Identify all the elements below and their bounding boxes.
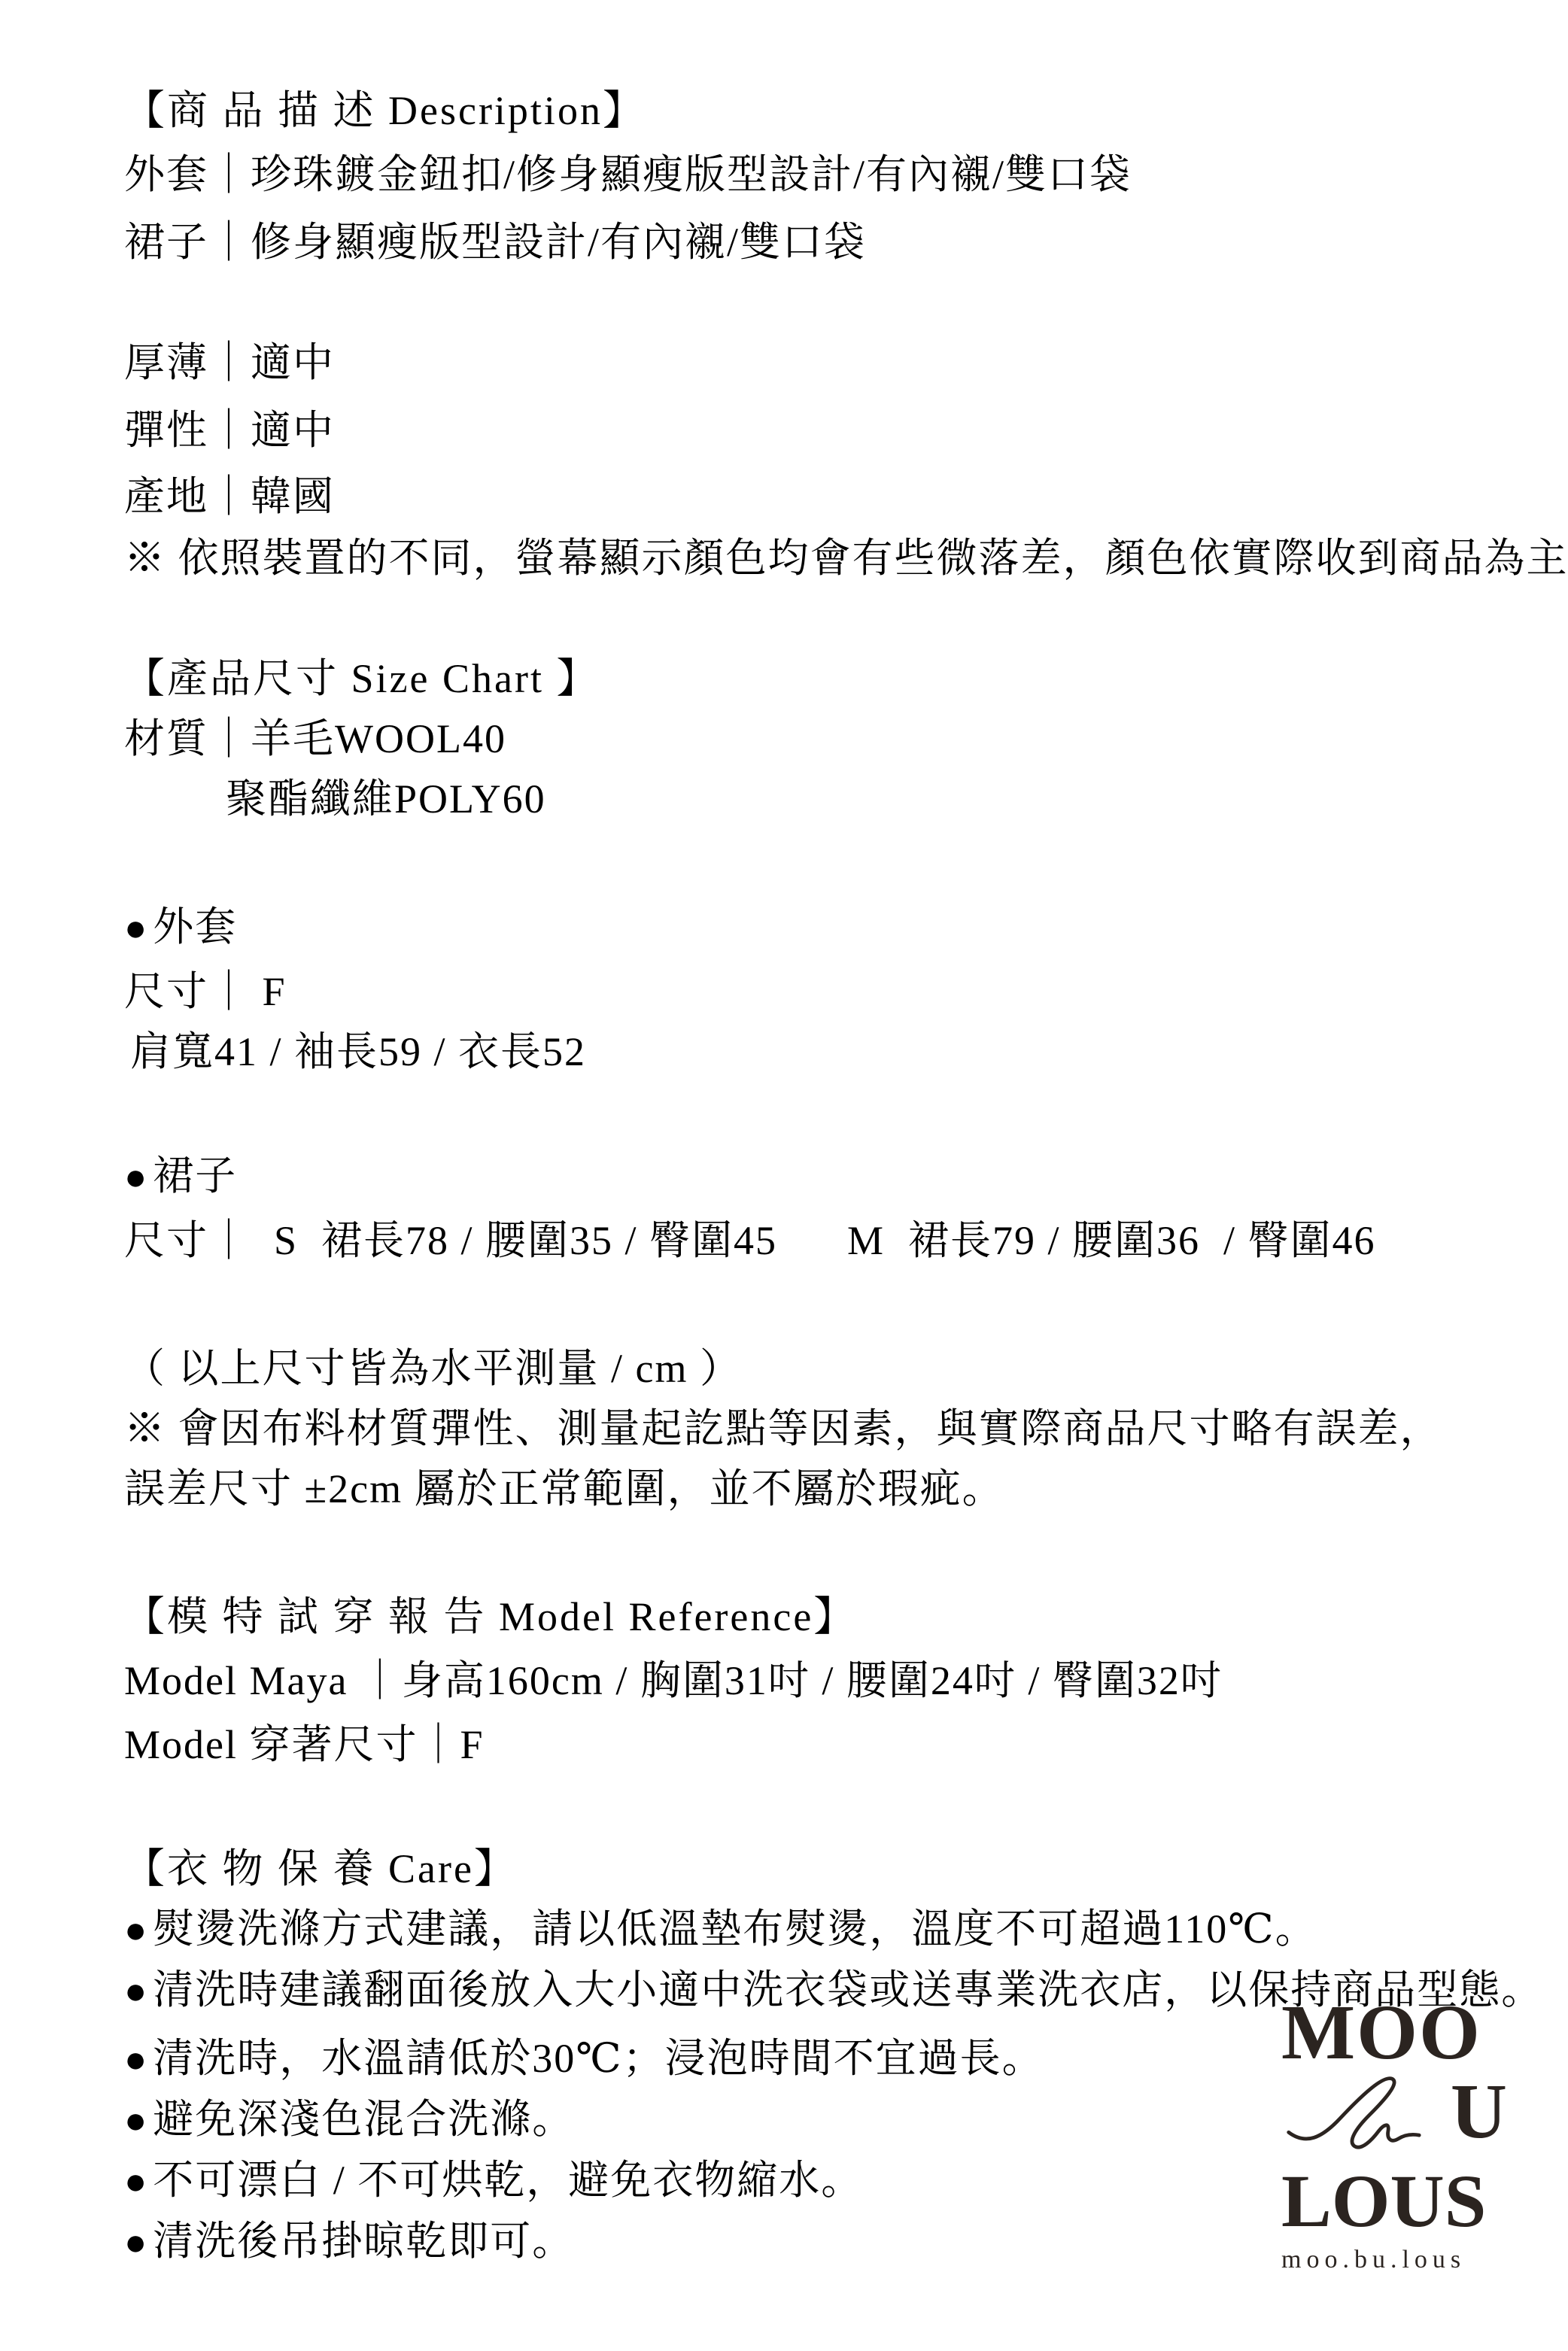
care-item-no-bleach: ●不可漂白 / 不可烘乾，避免衣物縮水。 [124,2160,1478,2201]
skirt-size-line: 尺寸｜ S 裙長78 / 腰圍35 / 臀圍45M 裙長79 / 腰圍36 / … [124,1220,1478,1261]
care-item-text: 熨燙洗滌方式建議，請以低溫墊布熨燙，溫度不可超過110℃。 [153,1906,1317,1952]
bullet-icon: ● [124,2099,148,2141]
description-skirt-line: 裙子｜修身顯瘦版型設計/有內襯/雙口袋 [124,222,1478,263]
bullet-icon: ● [124,2221,148,2263]
size-chart-section-title: 【產品尺寸 Size Chart 】 [124,658,1478,699]
brand-handle: moo.bu.lous [1281,2246,1507,2274]
bullet-icon: ● [124,2160,148,2202]
measurement-unit-note: （ 以上尺寸皆為水平測量 / cm ） [124,1348,1478,1389]
bullet-icon: ● [124,1156,148,1198]
attribute-thickness: 厚薄｜適中 [124,342,1478,383]
description-section-title: 【商 品 描 述 Description】 [124,90,1478,131]
jacket-heading: ●外套 [124,907,1478,948]
care-item-text: 清洗時，水溫請低於30℃；浸泡時間不宜過長。 [153,2036,1044,2081]
attribute-elasticity: 彈性｜適中 [124,410,1478,451]
color-disclaimer-note: ※ 依照裝置的不同，螢幕顯示顏色均會有些微落差，顏色依實際收到商品為主。 [124,538,1478,579]
skirt-size-s: 尺寸｜ S 裙長78 / 腰圍35 / 臀圍45 [124,1218,777,1263]
material-line-wool: 材質｜羊毛WOOL40 [124,718,1478,759]
jacket-heading-label: 外套 [153,904,237,949]
bullet-icon: ● [124,1909,148,1951]
description-jacket-line: 外套｜珍珠鍍金鈕扣/修身顯瘦版型設計/有內襯/雙口袋 [124,154,1478,195]
model-info-line: Model Maya ｜身高160cm / 胸圍31吋 / 腰圍24吋 / 臀圍… [124,1660,1478,1701]
care-item-hang-dry: ●清洗後吊掛晾乾即可。 [124,2221,1478,2262]
care-item-text: 避免深淺色混合洗滌。 [153,2097,574,2142]
model-section-title: 【模 特 試 穿 報 告 Model Reference】 [124,1596,1478,1637]
brand-logo-letter-u: U [1451,2073,1507,2151]
brand-logo-word-top: MOO [1281,1998,1507,2067]
product-description-document: 【商 品 描 述 Description】 外套｜珍珠鍍金鈕扣/修身顯瘦版型設計… [124,0,1478,2262]
jacket-measurements-line: 肩寬41 / 袖長59 / 衣長52 [130,1031,1478,1072]
brand-logo-word-bottom: LOUS [1281,2165,1507,2237]
care-item-color-mixing: ●避免深淺色混合洗滌。 [124,2099,1478,2140]
material-line-poly: 聚酯纖維POLY60 [226,779,1478,819]
care-item-ironing: ●熨燙洗滌方式建議，請以低溫墊布熨燙，溫度不可超過110℃。 [124,1909,1478,1950]
tolerance-note-line2: 誤差尺寸 ±2cm 屬於正常範圍，並不屬於瑕疵。 [124,1469,1478,1509]
bullet-icon: ● [124,907,148,949]
bu-script-icon [1281,2069,1424,2155]
skirt-heading-label: 裙子 [153,1153,237,1198]
care-item-text: 清洗後吊掛晾乾即可。 [153,2219,574,2264]
brand-logo: MOO U LOUS moo.bu.lous [1281,1998,1507,2274]
brand-logo-middle-row: U [1281,2067,1507,2156]
model-wearing-size-line: Model 穿著尺寸｜F [124,1724,1478,1765]
bullet-icon: ● [124,1970,148,2012]
jacket-size-line: 尺寸｜ F [124,971,1478,1012]
care-section-title: 【衣 物 保 養 Care】 [124,1848,1478,1889]
bullet-icon: ● [124,2038,148,2080]
care-item-water-temp: ●清洗時，水溫請低於30℃；浸泡時間不宜過長。 [124,2038,1478,2079]
care-item-text: 不可漂白 / 不可烘乾，避免衣物縮水。 [153,2158,863,2203]
skirt-heading: ●裙子 [124,1156,1478,1197]
tolerance-note-line1: ※ 會因布料材質彈性、測量起訖點等因素，與實際商品尺寸略有誤差， [124,1408,1478,1449]
attribute-origin: 產地｜韓國 [124,476,1478,517]
care-item-laundry-bag: ●清洗時建議翻面後放入大小適中洗衣袋或送專業洗衣店，以保持商品型態。 [124,1970,1478,2011]
skirt-size-m: M 裙長79 / 腰圍36 / 臀圍46 [847,1220,1376,1261]
